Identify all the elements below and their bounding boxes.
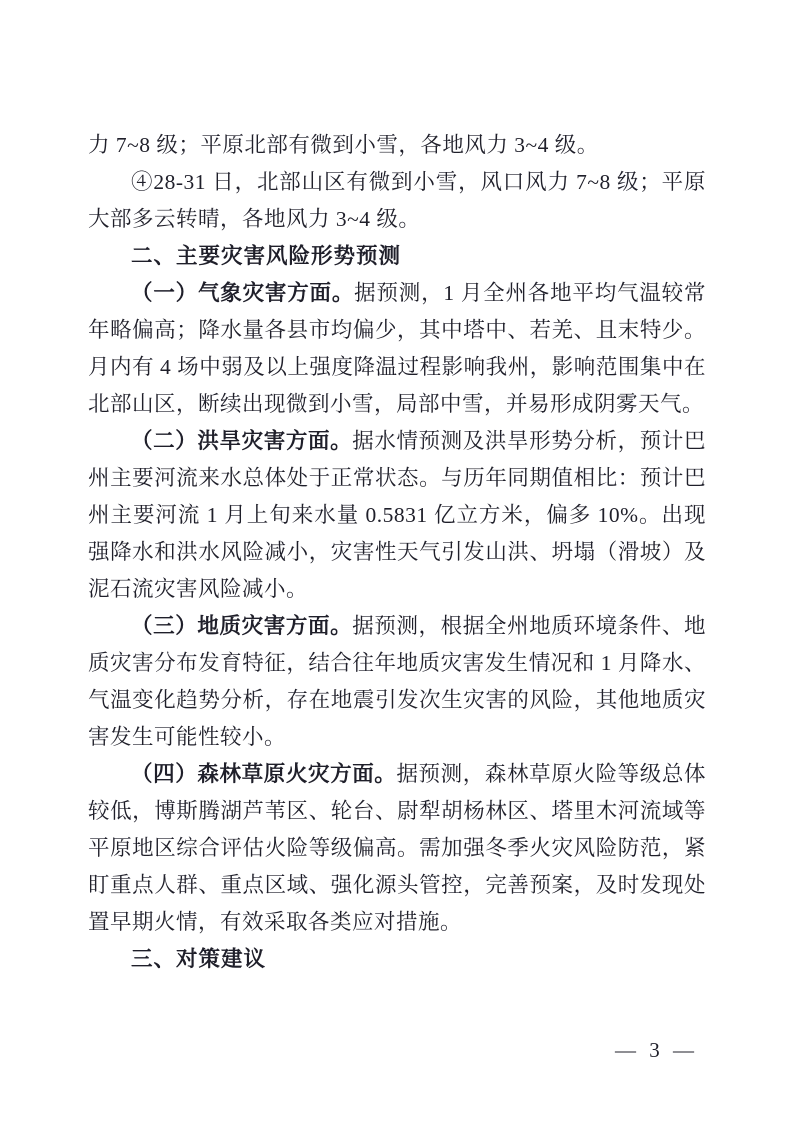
paragraph-forest-fire: （四）森林草原火灾方面。据预测，森林草原火险等级总体较低，博斯腾湖芦苇区、轮台、… bbox=[88, 756, 706, 941]
paragraph-flood-drought: （二）洪旱灾害方面。据水情预测及洪旱形势分析，预计巴州主要河流来水总体处于正常状… bbox=[88, 423, 706, 608]
section-2-heading: 二、主要灾害风险形势预测 bbox=[88, 238, 706, 275]
paragraph-forest-fire-body: 据预测，森林草原火险等级总体较低，博斯腾湖芦苇区、轮台、尉犁胡杨林区、塔里木河流… bbox=[88, 762, 706, 934]
paragraph-forest-fire-lead: （四）森林草原火灾方面。 bbox=[131, 762, 396, 786]
paragraph-flood-drought-body: 据水情预测及洪旱形势分析，预计巴州主要河流来水总体处于正常状态。与历年同期值相比… bbox=[88, 429, 706, 601]
paragraph-flood-drought-lead: （二）洪旱灾害方面。 bbox=[131, 429, 352, 453]
paragraph-geological-lead: （三）地质灾害方面。 bbox=[131, 614, 352, 638]
page-number: — 3 — bbox=[615, 1038, 698, 1063]
document-page: 力 7~8 级；平原北部有微到小雪，各地风力 3~4 级。 ④28-31 日，北… bbox=[0, 0, 793, 1122]
forecast-item-4: ④28-31 日，北部山区有微到小雪，风口风力 7~8 级；平原大部多云转晴，各… bbox=[88, 164, 706, 238]
paragraph-meteorological: （一）气象灾害方面。据预测，1 月全州各地平均气温较常年略偏高；降水量各县市均偏… bbox=[88, 275, 706, 423]
paragraph-meteorological-lead: （一）气象灾害方面。 bbox=[131, 281, 354, 305]
section-3-heading: 三、对策建议 bbox=[88, 941, 706, 978]
paragraph-geological: （三）地质灾害方面。据预测，根据全州地质环境条件、地质灾害分布发育特征，结合往年… bbox=[88, 608, 706, 756]
continuation-paragraph: 力 7~8 级；平原北部有微到小雪，各地风力 3~4 级。 bbox=[88, 127, 706, 164]
document-body: 力 7~8 级；平原北部有微到小雪，各地风力 3~4 级。 ④28-31 日，北… bbox=[88, 127, 706, 978]
